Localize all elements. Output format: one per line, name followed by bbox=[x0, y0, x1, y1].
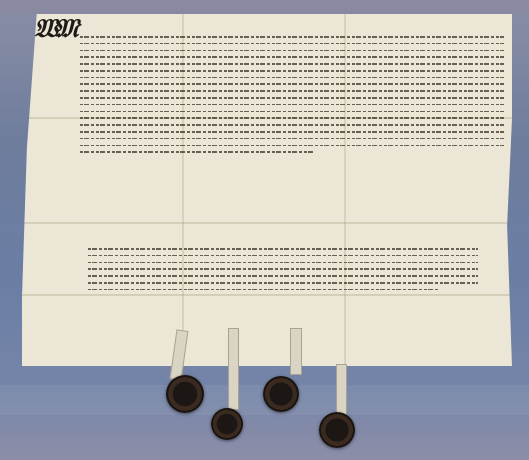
decorated-initial: 𝔚𝔐 bbox=[34, 14, 76, 45]
cloth-fold bbox=[0, 0, 529, 14]
wax-seal-1 bbox=[166, 375, 204, 413]
wax-seal-4 bbox=[319, 412, 355, 448]
seal-tag bbox=[228, 328, 239, 410]
charter-attestation-text bbox=[88, 248, 478, 296]
seal-tag bbox=[336, 364, 347, 416]
seal-tag bbox=[290, 328, 302, 375]
wax-seal-3 bbox=[263, 376, 299, 412]
charter-main-text bbox=[80, 36, 504, 232]
wax-seal-2 bbox=[211, 408, 243, 440]
